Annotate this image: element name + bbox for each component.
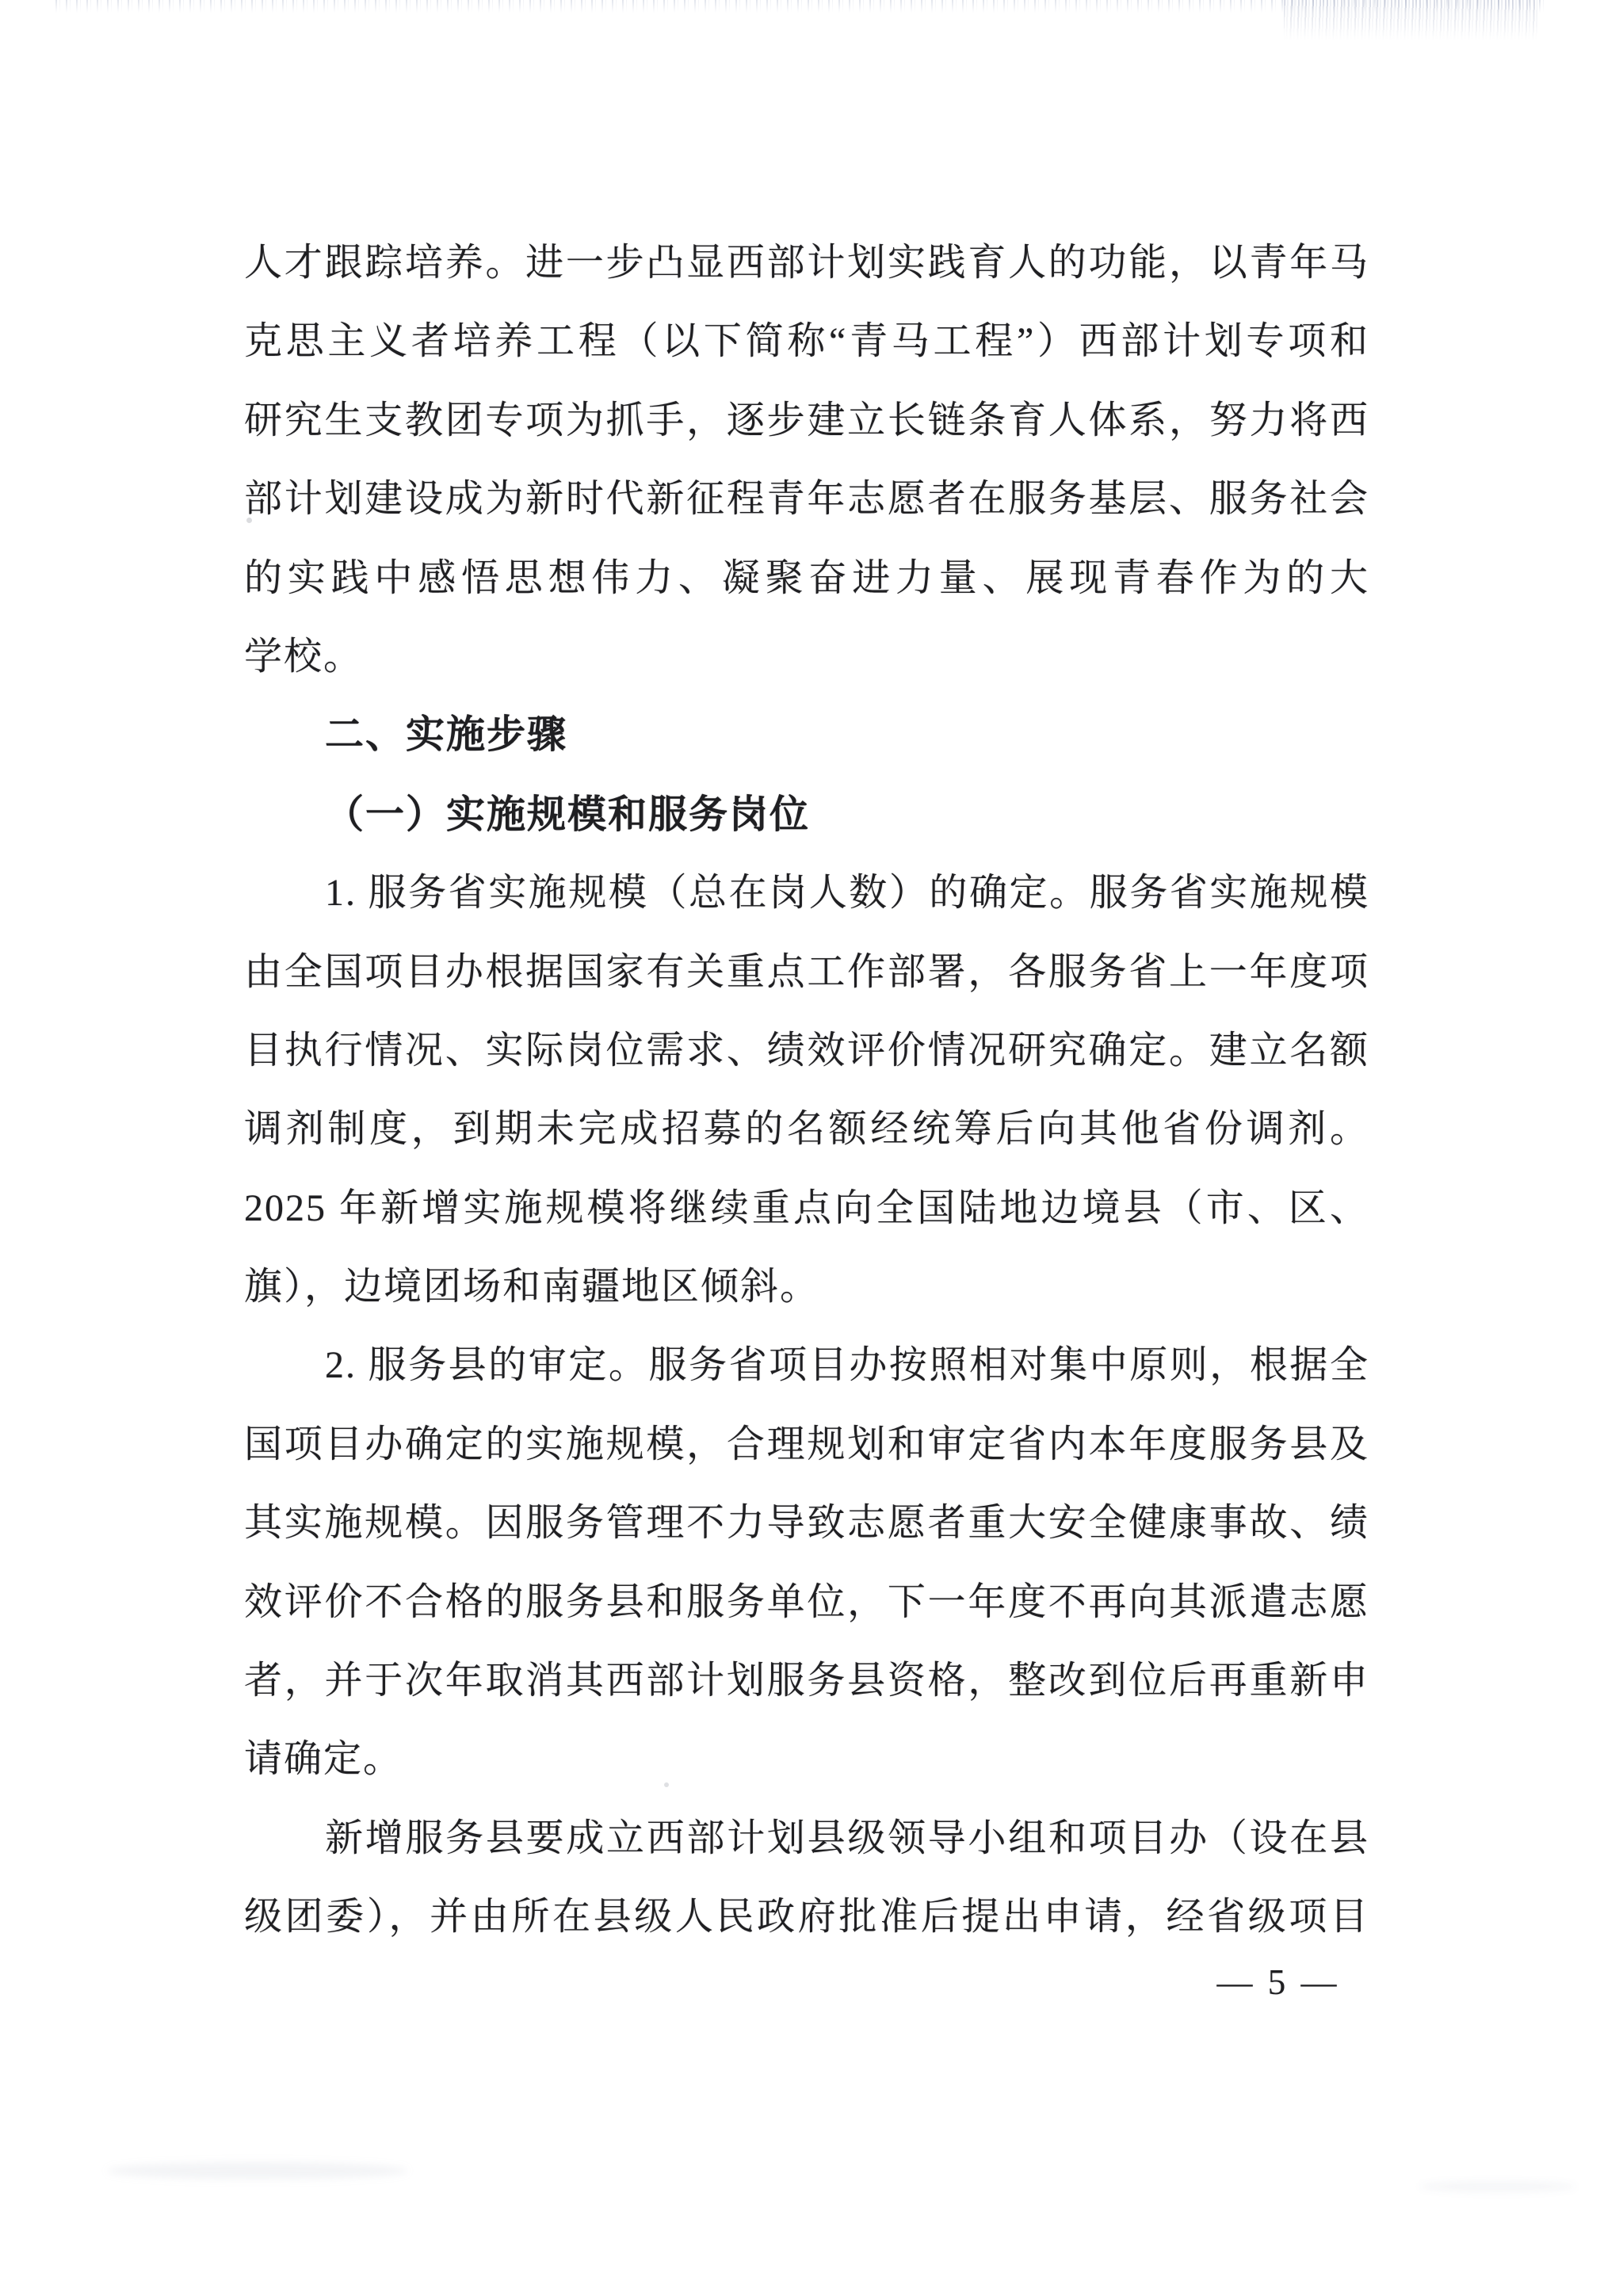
body-text-line: 人才跟踪培养。进一步凸显西部计划实践育人的功能，以青年马	[244, 223, 1369, 302]
body-text-line: 调剂制度，到期未完成招募的名额经统筹后向其他省份调剂。	[244, 1090, 1369, 1168]
body-text-line: 部计划建设成为新时代新征程青年志愿者在服务基层、服务社会	[244, 460, 1369, 538]
body-text-line: 请确定。	[244, 1720, 1369, 1798]
page-number: — 5 —	[1187, 1950, 1369, 2014]
scan-noise-top-right	[1284, 0, 1537, 43]
body-text-line: 效评价不合格的服务县和服务单位，下一年度不再向其派遣志愿	[244, 1563, 1369, 1641]
body-text-line: 国项目办确定的实施规模，合理规划和审定省内本年度服务县及	[244, 1405, 1369, 1484]
body-text-line: 1. 服务省实施规模（总在岗人数）的确定。服务省实施规模	[244, 854, 1369, 932]
body-text-line: 学校。	[244, 617, 1369, 696]
scan-smudge	[1419, 2181, 1577, 2192]
body-text-line: 旗），边境团场和南疆地区倾斜。	[244, 1247, 1369, 1326]
body-text-line: 新增服务县要成立西部计划县级领导小组和项目办（设在县	[244, 1799, 1369, 1878]
body-text-line: 者，并于次年取消其西部计划服务县资格，整改到位后再重新申	[244, 1641, 1369, 1720]
body-text-line: 级团委），并由所在县级人民政府批准后提出申请，经省级项目	[244, 1878, 1369, 1956]
body-text-line: 克思主义者培养工程（以下简称“青马工程”）西部计划专项和	[244, 302, 1369, 380]
body-text-line: 目执行情况、实际岗位需求、绩效评价情况研究确定。建立名额	[244, 1011, 1369, 1090]
section-heading: 二、实施步骤	[244, 696, 1369, 774]
body-text-line: 2. 服务县的审定。服务省项目办按照相对集中原则，根据全	[244, 1326, 1369, 1404]
scan-smudge	[107, 2162, 408, 2179]
body-text-line: 的实践中感悟思想伟力、凝聚奋进力量、展现青春作为的大	[244, 539, 1369, 617]
body-text-line: 2025 年新增实施规模将继续重点向全国陆地边境县（市、区、	[244, 1169, 1369, 1247]
body-text-line: 研究生支教团专项为抓手，逐步建立长链条育人体系，努力将西	[244, 381, 1369, 460]
subsection-heading: （一）实施规模和服务岗位	[244, 775, 1369, 854]
scanned-document-page: 人才跟踪培养。进一步凸显西部计划实践育人的功能，以青年马 克思主义者培养工程（以…	[0, 0, 1623, 2296]
document-body: 人才跟踪培养。进一步凸显西部计划实践育人的功能，以青年马 克思主义者培养工程（以…	[244, 223, 1369, 1957]
body-text-line: 其实施规模。因服务管理不力导致志愿者重大安全健康事故、绩	[244, 1484, 1369, 1562]
body-text-line: 由全国项目办根据国家有关重点工作部署，各服务省上一年度项	[244, 933, 1369, 1011]
